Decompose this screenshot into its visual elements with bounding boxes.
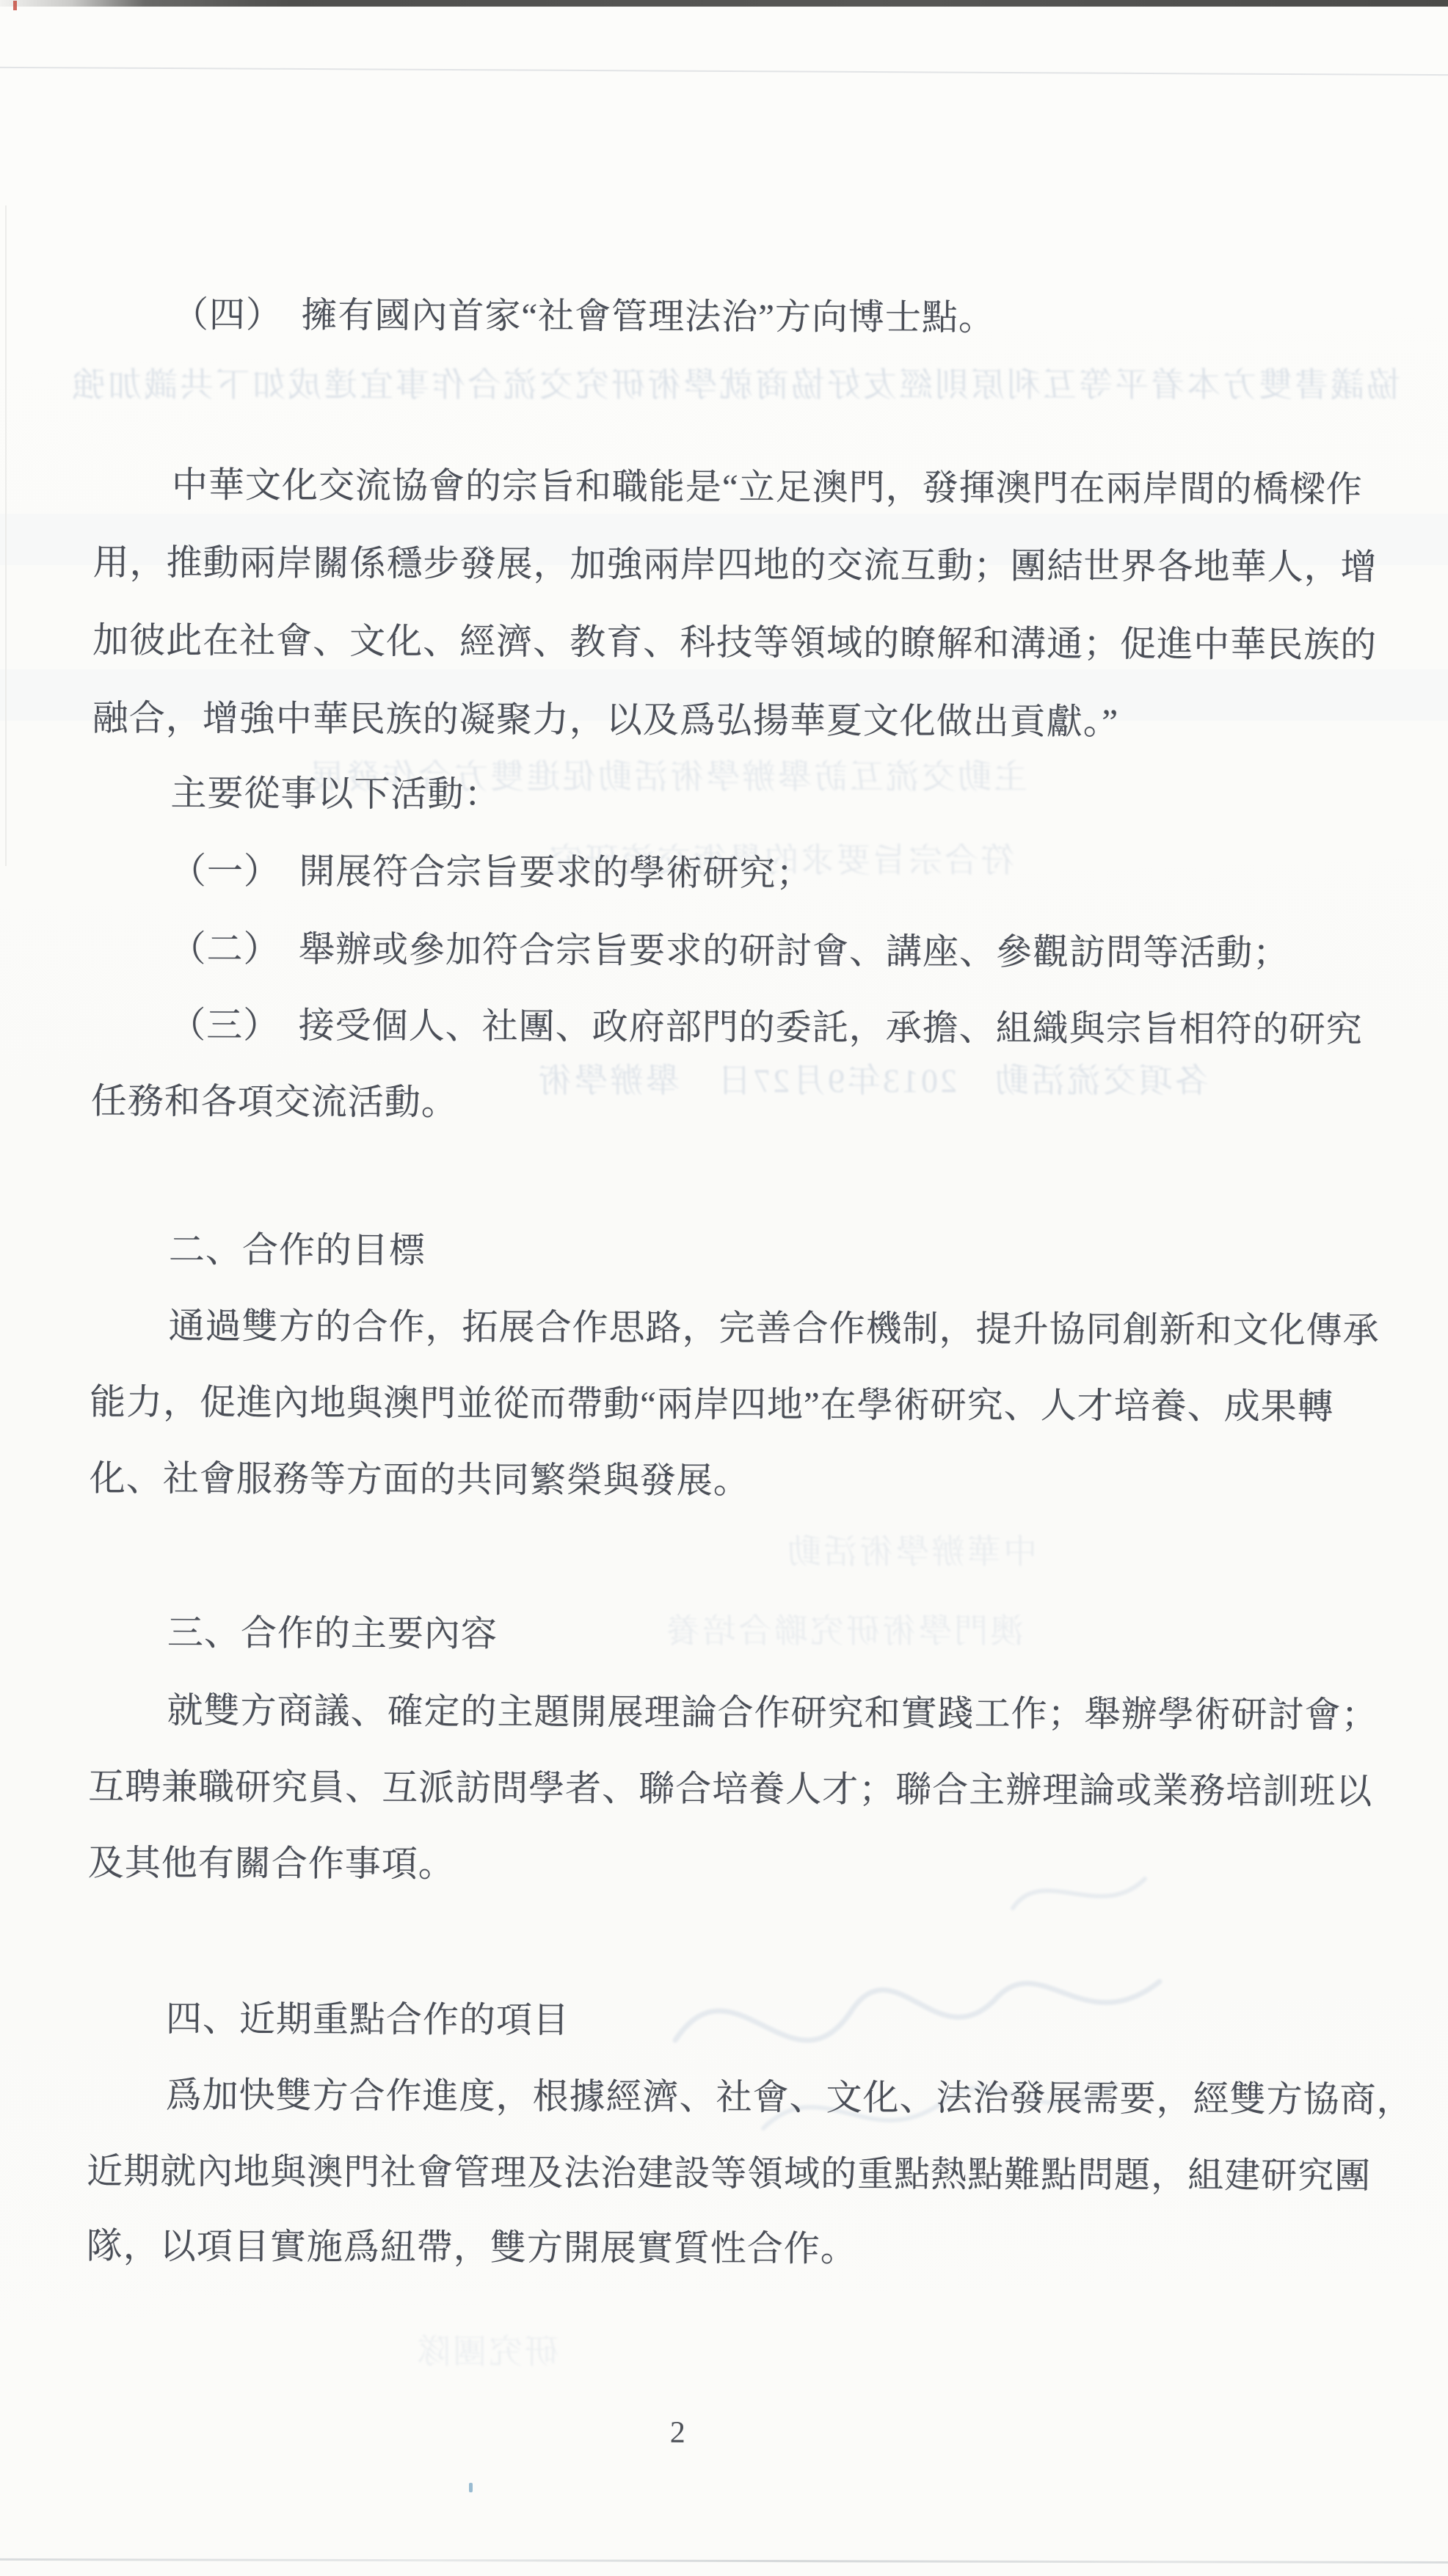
text-line-content-1: 就雙方商議、確定的主題開展理論合作研究和實踐工作；舉辦學術研討會；: [167, 1682, 1378, 1738]
text-line-content-2: 互聘兼職研究員、互派訪問學者、聯合培養人才；聯合主辦理論或業務培訓班以: [88, 1758, 1372, 1815]
text-line-purpose-2: 用，推動兩岸關係穩步發展，加強兩岸四地的交流互動；團結世界各地華人，增: [92, 534, 1377, 591]
text-line-activity-1: （一） 開展符合宗旨要求的學術研究；: [170, 843, 813, 896]
text-line-purpose-3: 加彼此在社會、文化、經濟、教育、科技等領域的瞭解和溝通；促進中華民族的: [92, 612, 1377, 669]
section-heading-3: 三、合作的主要內容: [167, 1604, 498, 1657]
text-line-activities-intro: 主要從事以下活動：: [170, 765, 501, 818]
text-line-purpose-4: 融合，增強中華民族的凝聚力，以及爲弘揚華夏文化做出貢獻。”: [92, 690, 1119, 745]
text-line-goal-1: 通過雙方的合作，拓展合作思路，完善合作機制，提升協同創新和文化傳承: [168, 1298, 1379, 1353]
text-line-activity-2: （二） 舉辦或參加符合宗旨要求的研討會、講座、參觀訪問等活動；: [170, 920, 1289, 976]
ink-speck: [469, 2483, 473, 2492]
text-line-activity-3b: 任務和各項交流活動。: [91, 1073, 458, 1126]
scanned-page: 協議書雙方本着平等互利原則經友好協商就學術研究交流合作事宜達成如下共識加強 主動…: [0, 0, 1448, 2576]
text-line-project-2: 近期就內地與澳門社會管理及法治建設等領域的重點熱點難點問題，組建研究團: [87, 2143, 1371, 2200]
text-line-project-1: 爲加快雙方合作進度，根據經濟、社會、文化、法治發展需要，經雙方協商，: [165, 2067, 1413, 2123]
document-body: （四） 擁有國內首家“社會管理法治”方向博士點。 中華文化交流協會的宗旨和職能是…: [0, 0, 1448, 2576]
text-line-content-3: 及其他有關合作事項。: [88, 1835, 455, 1888]
text-line-goal-2: 能力，促進內地與澳門並從而帶動“兩岸四地”在學術研究、人才培養、成果轉: [90, 1374, 1334, 1430]
section-heading-4: 四、近期重點合作的項目: [166, 1990, 570, 2043]
text-line-activity-3a: （三） 接受個人、社團、政府部門的委託，承擔、組織與宗旨相符的研究: [170, 997, 1363, 1052]
text-line-goal-3: 化、社會服務等方面的共同繁榮與發展。: [90, 1450, 750, 1504]
page-number: 2: [670, 2415, 685, 2451]
text-line-project-3: 隊，以項目實施爲紐帶，雙方開展實質性合作。: [87, 2218, 857, 2272]
text-line-purpose-1: 中華文化交流協會的宗旨和職能是“立足澳門，發揮澳門在兩岸間的橋樑作: [172, 456, 1363, 512]
text-line-item-4: （四） 擁有國內首家“社會管理法治”方向博士點。: [172, 286, 995, 341]
section-heading-2: 二、合作的目標: [169, 1221, 426, 1273]
